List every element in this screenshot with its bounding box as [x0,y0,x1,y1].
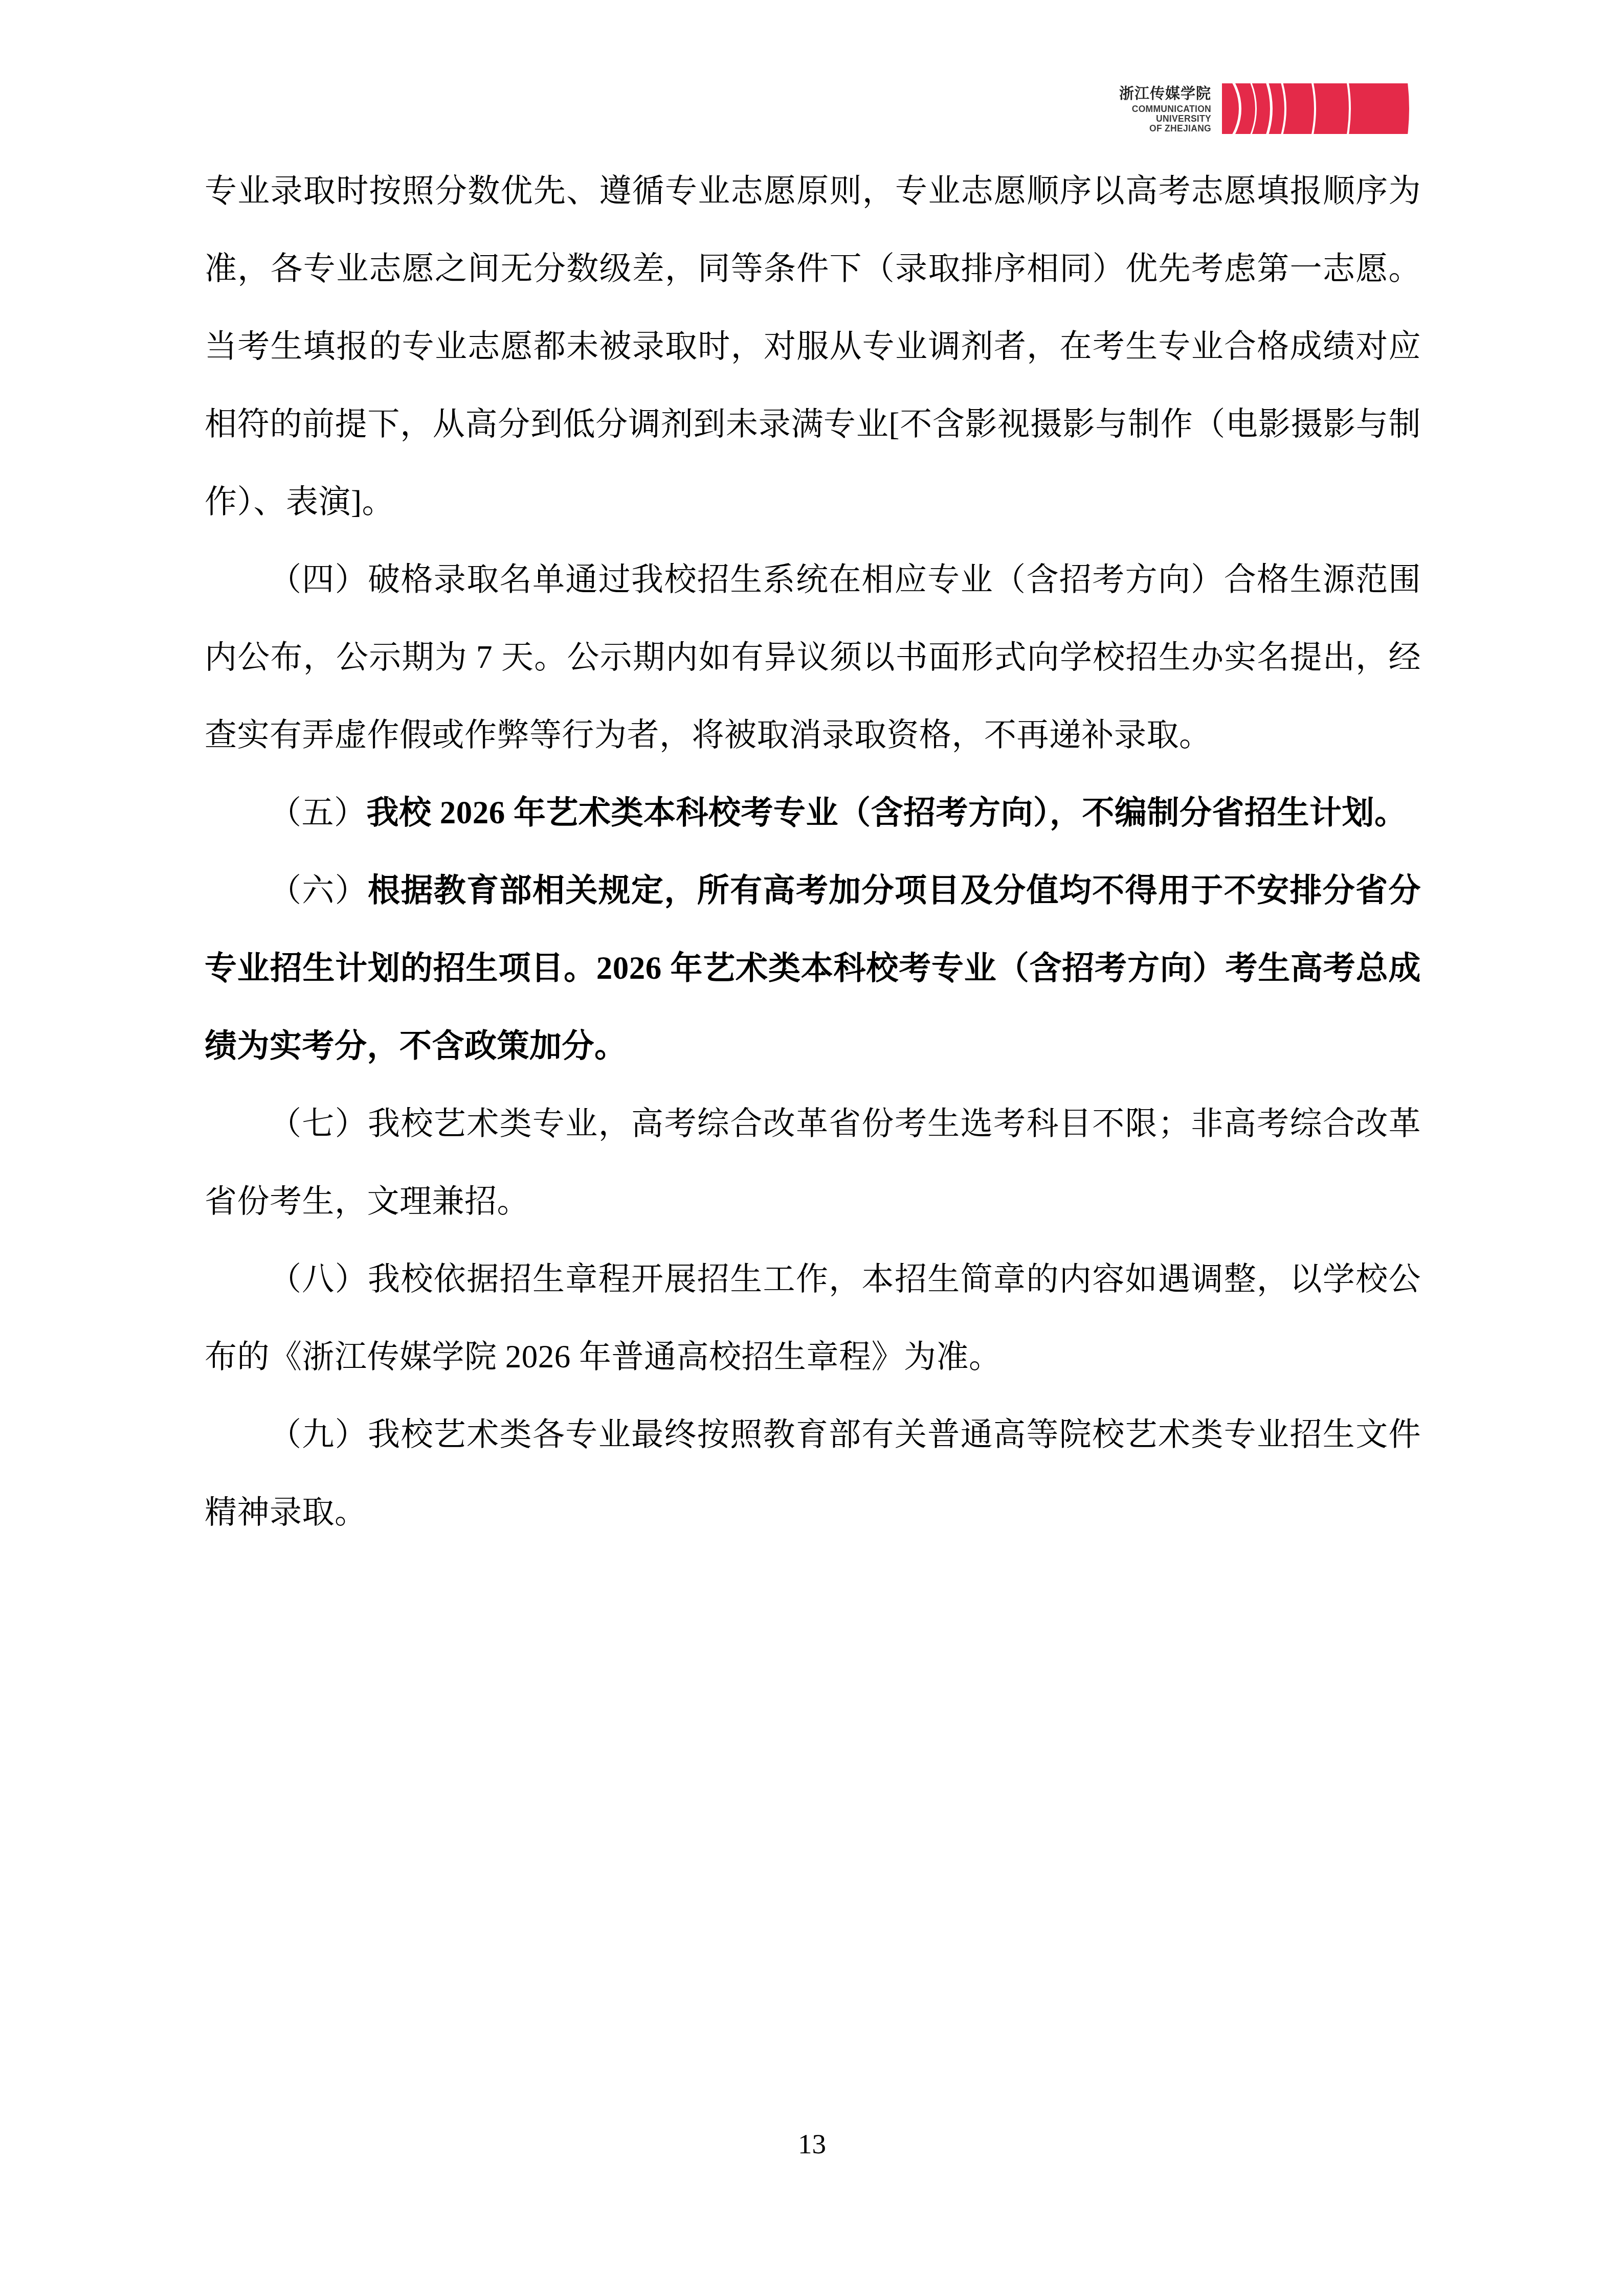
logo-english-line2: UNIVERSITY [1119,114,1211,124]
paragraph-run: （六） [269,872,368,908]
paragraph-run: 专业录取时按照分数优先、遵循专业志愿原则，专业志愿顺序以高考志愿填报顺序为准，各… [205,173,1421,520]
university-logo: 浙江传媒学院 COMMUNICATION UNIVERSITY OF ZHEJI… [1119,83,1412,134]
paragraph: （七）我校艺术类专业，高考综合改革省份考生选考科目不限；非高考综合改革省份考生，… [205,1085,1421,1240]
logo-english-name: COMMUNICATION UNIVERSITY OF ZHEJIANG [1119,104,1211,133]
paragraph: 专业录取时按照分数优先、遵循专业志愿原则，专业志愿顺序以高考志愿填报顺序为准，各… [205,152,1421,541]
paragraph: （六）根据教育部相关规定，所有高考加分项目及分值均不得用于不安排分省分专业招生计… [205,851,1421,1085]
paragraph: （五）我校 2026 年艺术类本科校考专业（含招考方向），不编制分省招生计划。 [205,774,1421,851]
logo-english-line1: COMMUNICATION [1119,104,1211,114]
paragraph-run: （七）我校艺术类专业，高考综合改革省份考生选考科目不限；非高考综合改革省份考生，… [205,1106,1421,1219]
sound-wave-emblem-icon [1222,83,1409,134]
document-body: 专业录取时按照分数优先、遵循专业志愿原则，专业志愿顺序以高考志愿填报顺序为准，各… [205,152,1421,1551]
logo-english-line3: OF ZHEJIANG [1119,124,1211,133]
paragraph-run: （八）我校依据招生章程开展招生工作，本招生简章的内容如遇调整，以学校公布的《浙江… [205,1261,1421,1375]
paragraph: （八）我校依据招生章程开展招生工作，本招生简章的内容如遇调整，以学校公布的《浙江… [205,1240,1421,1395]
paragraph-run: （四）破格录取名单通过我校招生系统在相应专业（含招考方向）合格生源范围内公布，公… [205,561,1421,753]
paragraph: （四）破格录取名单通过我校招生系统在相应专业（含招考方向）合格生源范围内公布，公… [205,541,1421,774]
logo-text-block: 浙江传媒学院 COMMUNICATION UNIVERSITY OF ZHEJI… [1119,83,1211,133]
paragraph-run: （五） [269,795,367,830]
logo-chinese-name: 浙江传媒学院 [1119,86,1211,103]
paragraph-run-bold: 根据教育部相关规定，所有高考加分项目及分值均不得用于不安排分省分专业招生计划的招… [205,872,1421,1064]
page-number: 13 [0,2126,1624,2162]
paragraph: （九）我校艺术类各专业最终按照教育部有关普通高等院校艺术类专业招生文件精神录取。 [205,1395,1421,1551]
paragraph-run-bold: 我校 2026 年艺术类本科校考专业（含招考方向），不编制分省招生计划。 [367,795,1407,830]
paragraph-run: （九）我校艺术类各专业最终按照教育部有关普通高等院校艺术类专业招生文件精神录取。 [205,1416,1421,1530]
